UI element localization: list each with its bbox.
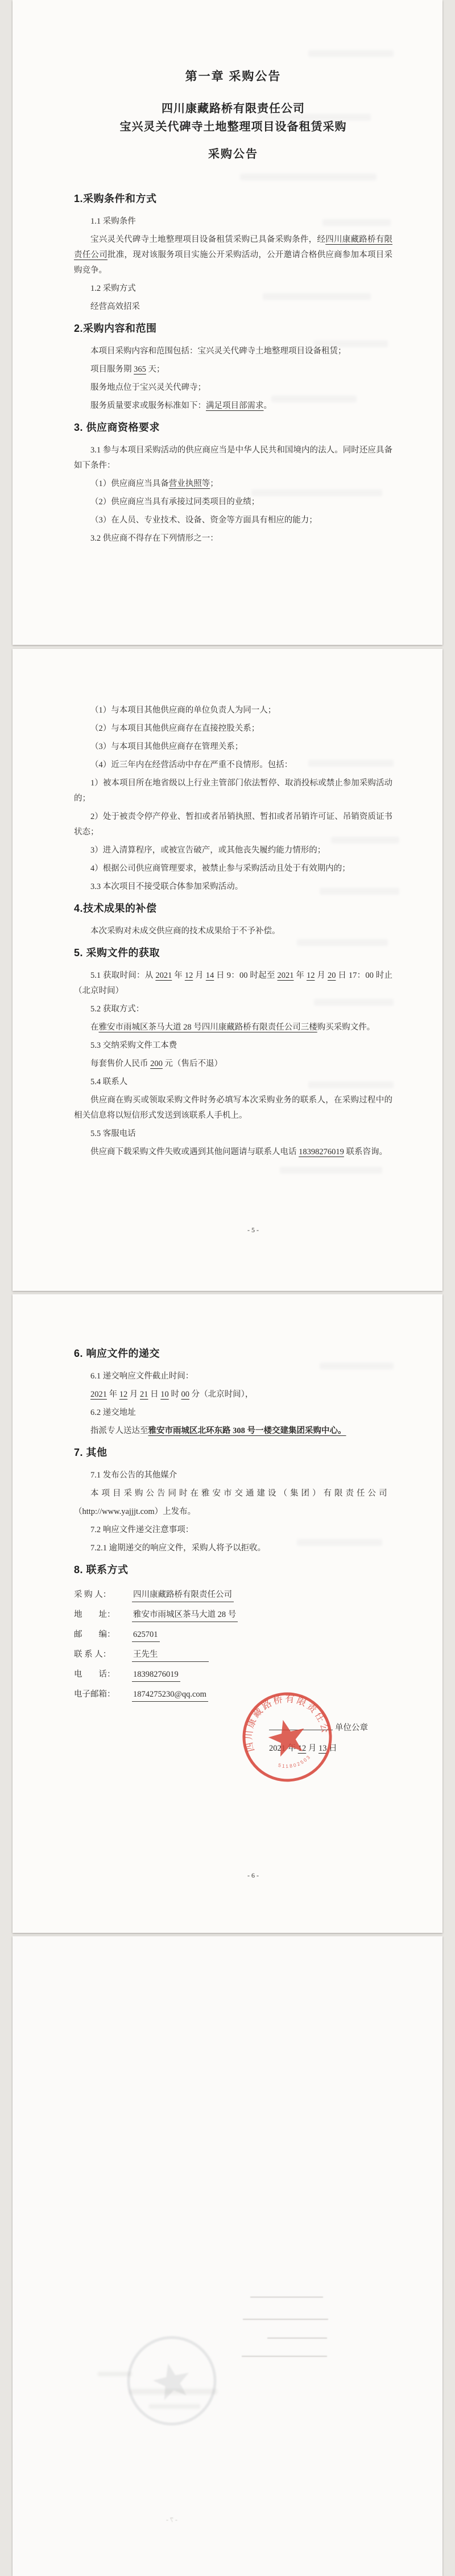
paragraph: 4）根据公司供应商管理要求，被禁止参与采购活动且处于有效期内的；: [74, 861, 392, 877]
text-run: 分（北京时间），: [189, 1390, 253, 1399]
ghost-page-number: - 7 -: [155, 2516, 189, 2524]
bleed-artifact: [331, 837, 399, 843]
paragraph: 2021 年 12 月 21 日 10 时 00 分（北京时间），: [74, 1387, 392, 1402]
text-run: 本次采购对未成交供应商的技术成果给于不予补偿。: [90, 927, 280, 936]
contact-value: 18398276019: [132, 1668, 180, 1682]
paragraph: 每套售价人民币 200 元（售后不退）: [74, 1056, 392, 1072]
contact-value: 1874275230@qq.com: [132, 1688, 208, 1702]
text-run: 时: [169, 1390, 181, 1399]
bleed-artifact: [297, 1539, 382, 1546]
bleed-artifact: [263, 293, 371, 300]
text-run: 2）处于被责令停产停业、暂扣或者吊销执照、暂扣或者吊销许可证、吊销资质证书状态；: [74, 812, 392, 837]
page-3-content: 6. 响应文件的递交6.1 递交响应文件截止时间：2021 年 12 月 21 …: [74, 1294, 392, 1705]
underlined-text: 满足项目部需求: [206, 401, 264, 410]
contact-value: 625701: [132, 1628, 160, 1642]
text-run: 。: [264, 401, 272, 410]
bleed-artifact: [308, 50, 394, 57]
text-run: （2）供应商应当具有承接过同类项目的业绩；: [90, 497, 259, 507]
paragraph: 7.1 发布公告的其他媒介: [74, 1468, 392, 1483]
text-run: 年: [172, 971, 184, 980]
text-run: 采购公告: [208, 148, 258, 161]
text-run: （1）与本项目其他供应商的单位负责人为同一人；: [90, 706, 276, 715]
text-run: （3）与本项目其他供应商存在管理关系；: [90, 742, 243, 751]
text-run: 指派专人送达至: [90, 1426, 148, 1435]
underlined-text: 18398276019: [299, 1147, 344, 1157]
underlined-text: 200: [150, 1059, 163, 1068]
contact-label: 采 购 人：: [74, 1585, 132, 1605]
page-number: - 5 -: [38, 1226, 442, 1234]
contact-value: 雅安市雨城区茶马大道 28 号: [132, 1608, 238, 1622]
bleed-artifact: [314, 340, 388, 347]
text-run: （3）在人员、专业技术、设备、资金等方面具有相应的能力；: [90, 516, 317, 525]
company-seal-label: 单位公章: [335, 1723, 368, 1733]
text-run: 7.1 发布公告的其他媒介: [90, 1471, 177, 1480]
text-run: 3.2 供应商不得存在下列情形之一：: [90, 534, 218, 543]
text-run: 2.采购内容和范围: [74, 323, 157, 334]
text-run: 元（售后不退）: [163, 1059, 222, 1068]
paragraph: 本项目采购公告同时在雅安市交通建设（集团）有限责任公司: [74, 1486, 392, 1501]
text-run: （2）与本项目其他供应商存在直接控股关系；: [90, 724, 259, 733]
text-run: 3.3 本次项目不接受联合体参加采购活动。: [90, 882, 243, 891]
text-run: （http://www.yajjjt.com）上发布。: [74, 1507, 196, 1516]
text-run: 1）被本项目所在地省级以上行业主管部门依法暂停、取消投标或禁止参加采购活动的；: [74, 779, 392, 803]
bleed-artifact: [320, 888, 399, 895]
text-run: 5. 采购文件的获取: [74, 947, 160, 958]
section-heading: 6. 响应文件的递交: [74, 1345, 392, 1361]
paragraph: 宝兴灵关代碑寺土地整理项目设备租赁采购已具备采购条件，经四川康藏路桥有限责任公司…: [74, 232, 392, 278]
paragraph: 供应商下载采购文件失败或遇到其他问题请与联系人电话 18398276019 联系…: [74, 1145, 392, 1160]
text-run: 本项目采购内容和范围包括：宝兴灵关代碑寺土地整理项目设备租赁；: [90, 347, 346, 356]
text-run: 本项目采购公告同时在雅安市交通建设（集团）有限责任公司: [90, 1489, 390, 1498]
paragraph: （1）与本项目其他供应商的单位负责人为同一人；: [74, 703, 392, 718]
text-run: 8. 联系方式: [74, 1564, 129, 1575]
section-heading: 1.采购条件和方式: [74, 191, 392, 207]
contact-label: 邮 编：: [74, 1625, 132, 1645]
section-heading: 2.采购内容和范围: [74, 320, 392, 336]
paragraph: 2）处于被责令停产停业、暂扣或者吊销执照、暂扣或者吊销许可证、吊销资质证书状态；: [74, 809, 392, 840]
text-run: 1.采购条件和方式: [74, 193, 157, 204]
paragraph: 项目服务期 365 天；: [74, 362, 392, 377]
bleed-artifact: [308, 1081, 394, 1088]
text-run: 月: [193, 971, 205, 980]
text-run: ；: [210, 479, 218, 488]
paragraph: 6.2 递交地址: [74, 1405, 392, 1421]
section-heading: 4.技术成果的补偿: [74, 900, 392, 916]
bleed-artifact: [267, 2338, 327, 2339]
document-page-1: 第一章 采购公告四川康藏路桥有限责任公司宝兴灵关代碑寺土地整理项目设备租赁采购采…: [13, 0, 442, 645]
text-run: 宝兴灵关代碑寺土地整理项目设备租赁采购: [120, 121, 347, 133]
text-run: 4）根据公司供应商管理要求，被禁止参与采购活动且处于有效期内的；: [90, 864, 350, 873]
underlined-text: 10: [160, 1390, 169, 1399]
paragraph: （2）供应商应当具有承接过同类项目的业绩；: [74, 495, 392, 510]
paragraph: 本次采购对未成交供应商的技术成果给于不予补偿。: [74, 924, 392, 939]
bleed-artifact: [280, 1167, 382, 1174]
bleed-artifact: [297, 939, 388, 946]
paragraph: 5.5 客服电话: [74, 1126, 392, 1142]
paragraph: （3）与本项目其他供应商存在管理关系；: [74, 739, 392, 755]
paragraph: 1）被本项目所在地省级以上行业主管部门依法暂停、取消投标或禁止参加采购活动的；: [74, 776, 392, 806]
underlined-text: 21: [140, 1390, 148, 1399]
contact-label: 联 系 人：: [74, 1645, 132, 1665]
text-run: 7.2.1 逾期递交的响应文件，采购人将予以拒收。: [90, 1544, 266, 1553]
underlined-text: 雅安市雨城区茶马大道 28 号四川康藏路桥有限责任公司三楼: [99, 1023, 317, 1032]
paragraph: 5.1 获取时间：从 2021 年 12 月 14 日 9：00 时起至 202…: [74, 968, 392, 999]
text-run: 宝兴灵关代碑寺土地整理项目设备租赁采购已具备采购条件，经: [90, 235, 325, 244]
page-1-content: 第一章 采购公告四川康藏路桥有限责任公司宝兴灵关代碑寺土地整理项目设备租赁采购采…: [74, 0, 392, 549]
text-run: 购买采购文件。: [317, 1023, 375, 1032]
text-run: 每套售价人民币: [90, 1059, 150, 1068]
text-run: 日: [148, 1390, 161, 1399]
bleed-artifact: [129, 2389, 217, 2394]
text-run: 7.2 响应文件递交注意事项：: [90, 1525, 193, 1534]
underlined-text: 2021: [277, 971, 293, 980]
contact-label: 地 址：: [74, 1605, 132, 1625]
paragraph: 3）进入清算程序，或被宣告破产，或其他丧失履约能力情形的；: [74, 843, 392, 858]
underlined-text: 营业执照等: [169, 479, 210, 488]
contact-row: 地 址：雅安市雨城区茶马大道 28 号: [74, 1605, 392, 1625]
text-run: 年: [293, 971, 306, 980]
text-run: 经营高效招采: [90, 302, 140, 311]
text-run: 月: [315, 971, 327, 980]
text-run: 日 9：00 时起至: [214, 971, 277, 980]
bleed-artifact: [308, 760, 394, 767]
bleed-artifact: [250, 2297, 323, 2298]
ghost-seal: [114, 2323, 229, 2438]
bleed-artifact: [271, 396, 357, 402]
text-run: 6.1 递交响应文件截止时间：: [90, 1372, 193, 1381]
underlined-text: 雅安市雨城区北环东路 308 号一楼交建集团采购中心。: [148, 1426, 346, 1435]
text-run: 批准，现对该服务项目实施公开采购活动，公开邀请合格供应商参加本项目采购竞争。: [74, 250, 392, 275]
text-run: 3.1 参与本项目采购活动的供应商应当是中华人民共和国境内的法人。同时还应具备如…: [74, 446, 392, 470]
company-seal: 四川康藏路桥有限责任公司 5118025035: [239, 1689, 336, 1785]
contact-value: 四川康藏路桥有限责任公司: [132, 1589, 234, 1602]
bleed-artifact: [98, 2372, 132, 2376]
paragraph: 在雅安市雨城区茶马大道 28 号四川康藏路桥有限责任公司三楼购买采购文件。: [74, 1020, 392, 1035]
contact-row: 电 话：18398276019: [74, 1665, 392, 1685]
paragraph: 5.3 交纳采购文件工本费: [74, 1038, 392, 1054]
contact-label: 电子邮箱：: [74, 1685, 132, 1705]
text-run: （4）近三年内在经营活动中存在严重不良情形。包括：: [90, 760, 292, 769]
paragraph: 6.1 递交响应文件截止时间：: [74, 1369, 392, 1384]
text-run: 1.1 采购条件: [90, 217, 136, 226]
paragraph: （3）在人员、专业技术、设备、资金等方面具有相应的能力；: [74, 513, 392, 528]
bleed-artifact: [243, 2319, 328, 2320]
text-run: 供应商在购买或领取采购文件时务必填写本次采购业务的联系人，在采购过程中的相关信息…: [74, 1096, 392, 1120]
text-run: 联系咨询。: [344, 1147, 387, 1157]
text-run: 5.2 获取方式：: [90, 1005, 144, 1014]
paragraph: 7.2 响应文件递交注意事项：: [74, 1522, 392, 1538]
paragraph: 经营高效招采: [74, 299, 392, 315]
text-run: 供应商下载采购文件失败或遇到其他问题请与联系人电话: [90, 1147, 299, 1157]
bleed-artifact: [320, 1363, 394, 1369]
text-run: 四川康藏路桥有限责任公司: [162, 102, 305, 115]
text-run: 天；: [146, 365, 165, 374]
text-run: 在: [90, 1023, 99, 1032]
bleed-artifact: [149, 2404, 200, 2409]
underlined-text: 12: [185, 971, 193, 980]
section-heading: 3. 供应商资格要求: [74, 419, 392, 435]
bleed-artifact: [251, 489, 382, 496]
contact-row: 邮 编：625701: [74, 1625, 392, 1645]
text-run: 5.4 联系人: [90, 1077, 127, 1087]
text-run: 3. 供应商资格要求: [74, 422, 160, 433]
text-run: 5.3 交纳采购文件工本费: [90, 1041, 177, 1050]
text-run: 项目服务期: [90, 365, 134, 374]
underlined-text: 12: [119, 1390, 128, 1399]
underlined-text: 12: [307, 971, 315, 980]
text-run: 第一章 采购公告: [185, 70, 282, 83]
contact-row: 采 购 人：四川康藏路桥有限责任公司: [74, 1585, 392, 1605]
document-title: 宝兴灵关代碑寺土地整理项目设备租赁采购: [74, 118, 392, 135]
star-icon: [265, 1715, 309, 1758]
paragraph: 供应商在购买或领取采购文件时务必填写本次采购业务的联系人，在采购过程中的相关信息…: [74, 1093, 392, 1124]
document-page-2: （1）与本项目其他供应商的单位负责人为同一人；（2）与本项目其他供应商存在直接控…: [13, 649, 442, 1291]
page-number: - 6 -: [38, 1871, 442, 1880]
bleed-artifact: [240, 174, 377, 180]
bleed-artifact: [257, 114, 371, 121]
text-run: 6. 响应文件的递交: [74, 1348, 160, 1359]
bleed-artifact: [322, 219, 391, 226]
text-run: 5.5 客服电话: [90, 1129, 136, 1138]
text-run: 月: [127, 1390, 140, 1399]
section-heading: 7. 其他: [74, 1445, 392, 1460]
section-heading: 5. 采购文件的获取: [74, 945, 392, 961]
chapter-heading: 第一章 采购公告: [74, 68, 392, 85]
paragraph: 服务地点位于宝兴灵关代碑寺；: [74, 380, 392, 396]
text-run: 5.1 获取时间：从: [90, 971, 155, 980]
paragraph: （2）与本项目其他供应商存在直接控股关系；: [74, 721, 392, 736]
contact-value: 王先生: [132, 1648, 209, 1662]
underlined-text: 2021: [155, 971, 172, 980]
paragraph: 3.2 供应商不得存在下列情形之一：: [74, 531, 392, 546]
contact-row: 联 系 人：王先生: [74, 1645, 392, 1665]
underlined-text: 365: [134, 365, 146, 374]
contact-label: 电 话：: [74, 1665, 132, 1685]
text-run: 6.2 递交地址: [90, 1408, 136, 1417]
paragraph: 3.1 参与本项目采购活动的供应商应当是中华人民共和国境内的法人。同时还应具备如…: [74, 443, 392, 474]
text-run: 服务质量要求或服务标准如下：: [90, 401, 206, 410]
text-run: 7. 其他: [74, 1447, 107, 1458]
underlined-text: 00: [181, 1390, 190, 1399]
underlined-text: 20: [328, 971, 336, 980]
text-run: 服务地点位于宝兴灵关代碑寺；: [90, 383, 206, 392]
text-run: 3）进入清算程序，或被宣告破产，或其他丧失履约能力情形的；: [90, 846, 325, 855]
document-page-3: 6. 响应文件的递交6.1 递交响应文件截止时间：2021 年 12 月 21 …: [13, 1294, 442, 1933]
section-heading: 8. 联系方式: [74, 1562, 392, 1578]
bleed-artifact: [242, 2356, 327, 2357]
paragraph: 指派专人送达至雅安市雨城区北环东路 308 号一楼交建集团采购中心。: [74, 1423, 392, 1439]
document-title: 采购公告: [74, 146, 392, 163]
text-run: （1）供应商应当具备: [90, 479, 169, 488]
text-run: 4.技术成果的补偿: [74, 903, 157, 914]
document-page-4: - 7 -: [13, 1936, 442, 2576]
underlined-text: 2021: [90, 1390, 107, 1399]
underlined-text: 14: [206, 971, 214, 980]
paragraph: （http://www.yajjjt.com）上发布。: [74, 1504, 392, 1520]
text-run: 年: [107, 1390, 119, 1399]
text-run: 1.2 采购方式: [90, 284, 136, 293]
bleed-artifact: [314, 999, 394, 1006]
